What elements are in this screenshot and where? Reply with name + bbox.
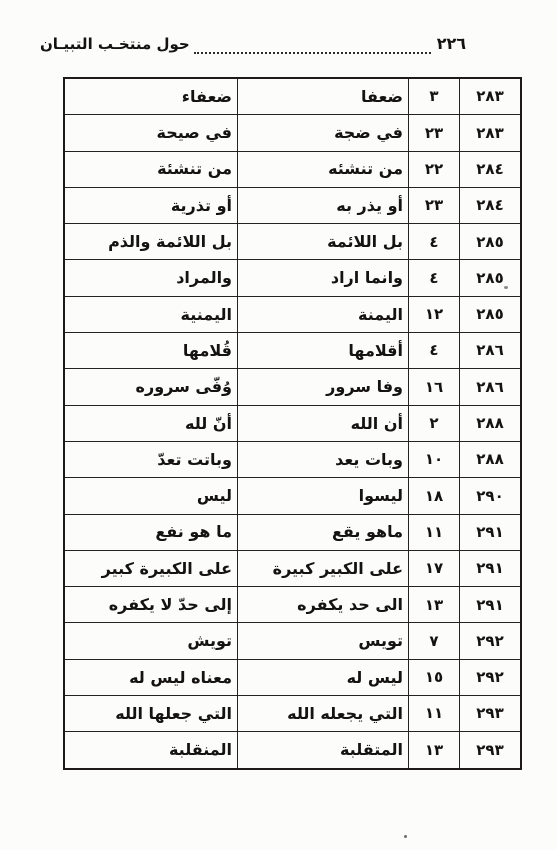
cell-line: ١٦	[409, 369, 460, 405]
cell-wrong: بل اللائمة	[238, 224, 409, 260]
cell-page: ٢٨٦	[460, 369, 522, 405]
cell-correct: تويش	[64, 623, 238, 659]
table-row: ٢٨٨٢أن اللهأنّ لله	[64, 405, 521, 441]
cell-page: ٢٨٤	[460, 151, 522, 187]
cell-wrong: اليمنة	[238, 296, 409, 332]
cell-correct: اليمنية	[64, 296, 238, 332]
table-row: ٢٨٣٢٣في ضجةفي صيحة	[64, 115, 521, 151]
cell-line: ٣	[409, 78, 460, 115]
table-row: ٢٨٥٤وانما ارادوالمراد	[64, 260, 521, 296]
cell-correct: إلى حدّ لا يكفره	[64, 587, 238, 623]
table-row: ٢٩٣١٣المتقلبةالمنقلبة	[64, 732, 521, 769]
page-number: ٢٢٦	[435, 34, 466, 53]
cell-wrong: تويس	[238, 623, 409, 659]
cell-page: ٢٩١	[460, 550, 522, 586]
table-row: ٢٩١١٧على الكبير كبيرةعلى الكبيرة كبير	[64, 550, 521, 586]
chapter-title: حول منتخـب التبيـان	[40, 35, 190, 53]
cell-correct: على الكبيرة كبير	[64, 550, 238, 586]
cell-line: ٤	[409, 260, 460, 296]
cell-page: ٢٨٨	[460, 441, 522, 477]
cell-page: ٢٩٠	[460, 478, 522, 514]
cell-page: ٢٨٨	[460, 405, 522, 441]
cell-page: ٢٩٣	[460, 696, 522, 732]
cell-line: ١٣	[409, 587, 460, 623]
cell-wrong: أقلامها	[238, 333, 409, 369]
cell-wrong: ماهو يقع	[238, 514, 409, 550]
cell-page: ٢٨٥	[460, 296, 522, 332]
cell-page: ٢٨٤	[460, 187, 522, 223]
cell-correct: من تنشئة	[64, 151, 238, 187]
cell-correct: التي جعلها الله	[64, 696, 238, 732]
cell-wrong: في ضجة	[238, 115, 409, 151]
table-row: ٢٩٠١٨ليسواليس	[64, 478, 521, 514]
table-row: ٢٨٣٣ضعفاضعفاء	[64, 78, 521, 115]
table-row: ٢٨٥٤بل اللائمةبل اللائمة والذم	[64, 224, 521, 260]
cell-wrong: أن الله	[238, 405, 409, 441]
table-row: ٢٨٦١٦وفا سروروُفّى سروره	[64, 369, 521, 405]
cell-line: ١١	[409, 696, 460, 732]
book-page: ٢٢٦ حول منتخـب التبيـان ٢٨٣٣ضعفاضعفاء ٢٨…	[0, 0, 557, 850]
cell-correct: المنقلبة	[64, 732, 238, 769]
cell-line: ٢٢	[409, 151, 460, 187]
cell-wrong: التي يجعله الله	[238, 696, 409, 732]
cell-line: ١٢	[409, 296, 460, 332]
cell-line: ٧	[409, 623, 460, 659]
cell-line: ٢٣	[409, 115, 460, 151]
cell-correct: وباتت تعدّ	[64, 441, 238, 477]
errata-table: ٢٨٣٣ضعفاضعفاء ٢٨٣٢٣في ضجةفي صيحة ٢٨٤٢٢من…	[63, 77, 522, 770]
cell-wrong: وبات يعد	[238, 441, 409, 477]
scan-speck	[504, 286, 508, 289]
cell-correct: والمراد	[64, 260, 238, 296]
cell-wrong: على الكبير كبيرة	[238, 550, 409, 586]
cell-correct: ليس	[64, 478, 238, 514]
cell-correct: ضعفاء	[64, 78, 238, 115]
cell-line: ١٥	[409, 659, 460, 695]
cell-wrong: ليس له	[238, 659, 409, 695]
table-row: ٢٩١١١ماهو يقعما هو نفع	[64, 514, 521, 550]
cell-page: ٢٩١	[460, 587, 522, 623]
cell-page: ٢٩٢	[460, 623, 522, 659]
cell-correct: أنّ لله	[64, 405, 238, 441]
table-row: ٢٩٣١١التي يجعله اللهالتي جعلها الله	[64, 696, 521, 732]
cell-wrong: ليسوا	[238, 478, 409, 514]
cell-page: ٢٩١	[460, 514, 522, 550]
cell-page: ٢٩٢	[460, 659, 522, 695]
cell-wrong: أو يذر به	[238, 187, 409, 223]
cell-correct: معناه ليس له	[64, 659, 238, 695]
cell-page: ٢٨٦	[460, 333, 522, 369]
cell-correct: وُفّى سروره	[64, 369, 238, 405]
table-row: ٢٩٢١٥ليس لهمعناه ليس له	[64, 659, 521, 695]
table-row: ٢٨٦٤أقلامهاقُلامها	[64, 333, 521, 369]
scan-speck	[404, 835, 407, 838]
table-row: ٢٩٢٧تويستويش	[64, 623, 521, 659]
running-header: ٢٢٦ حول منتخـب التبيـان	[40, 34, 466, 58]
cell-wrong: وانما اراد	[238, 260, 409, 296]
cell-line: ١٣	[409, 732, 460, 769]
cell-page: ٢٨٥	[460, 260, 522, 296]
cell-line: ١٠	[409, 441, 460, 477]
cell-correct: أو تذرية	[64, 187, 238, 223]
cell-page: ٢٨٣	[460, 115, 522, 151]
cell-page: ٢٨٣	[460, 78, 522, 115]
cell-page: ٢٨٥	[460, 224, 522, 260]
cell-line: ٢٣	[409, 187, 460, 223]
cell-wrong: ضعفا	[238, 78, 409, 115]
table-row: ٢٨٨١٠وبات يعدوباتت تعدّ	[64, 441, 521, 477]
cell-wrong: المتقلبة	[238, 732, 409, 769]
cell-correct: بل اللائمة والذم	[64, 224, 238, 260]
table-row: ٢٨٥١٢اليمنةاليمنية	[64, 296, 521, 332]
cell-correct: قُلامها	[64, 333, 238, 369]
cell-line: ٤	[409, 333, 460, 369]
cell-wrong: الى حد يكفره	[238, 587, 409, 623]
dotted-leader	[194, 52, 431, 54]
cell-line: ٤	[409, 224, 460, 260]
cell-correct: في صيحة	[64, 115, 238, 151]
table-row: ٢٩١١٣الى حد يكفرهإلى حدّ لا يكفره	[64, 587, 521, 623]
cell-page: ٢٩٣	[460, 732, 522, 769]
cell-line: ١١	[409, 514, 460, 550]
cell-line: ٢	[409, 405, 460, 441]
table-row: ٢٨٤٢٣أو يذر بهأو تذرية	[64, 187, 521, 223]
cell-line: ١٨	[409, 478, 460, 514]
cell-wrong: من تنشئه	[238, 151, 409, 187]
table-row: ٢٨٤٢٢من تنشئهمن تنشئة	[64, 151, 521, 187]
cell-line: ١٧	[409, 550, 460, 586]
cell-wrong: وفا سرور	[238, 369, 409, 405]
cell-correct: ما هو نفع	[64, 514, 238, 550]
